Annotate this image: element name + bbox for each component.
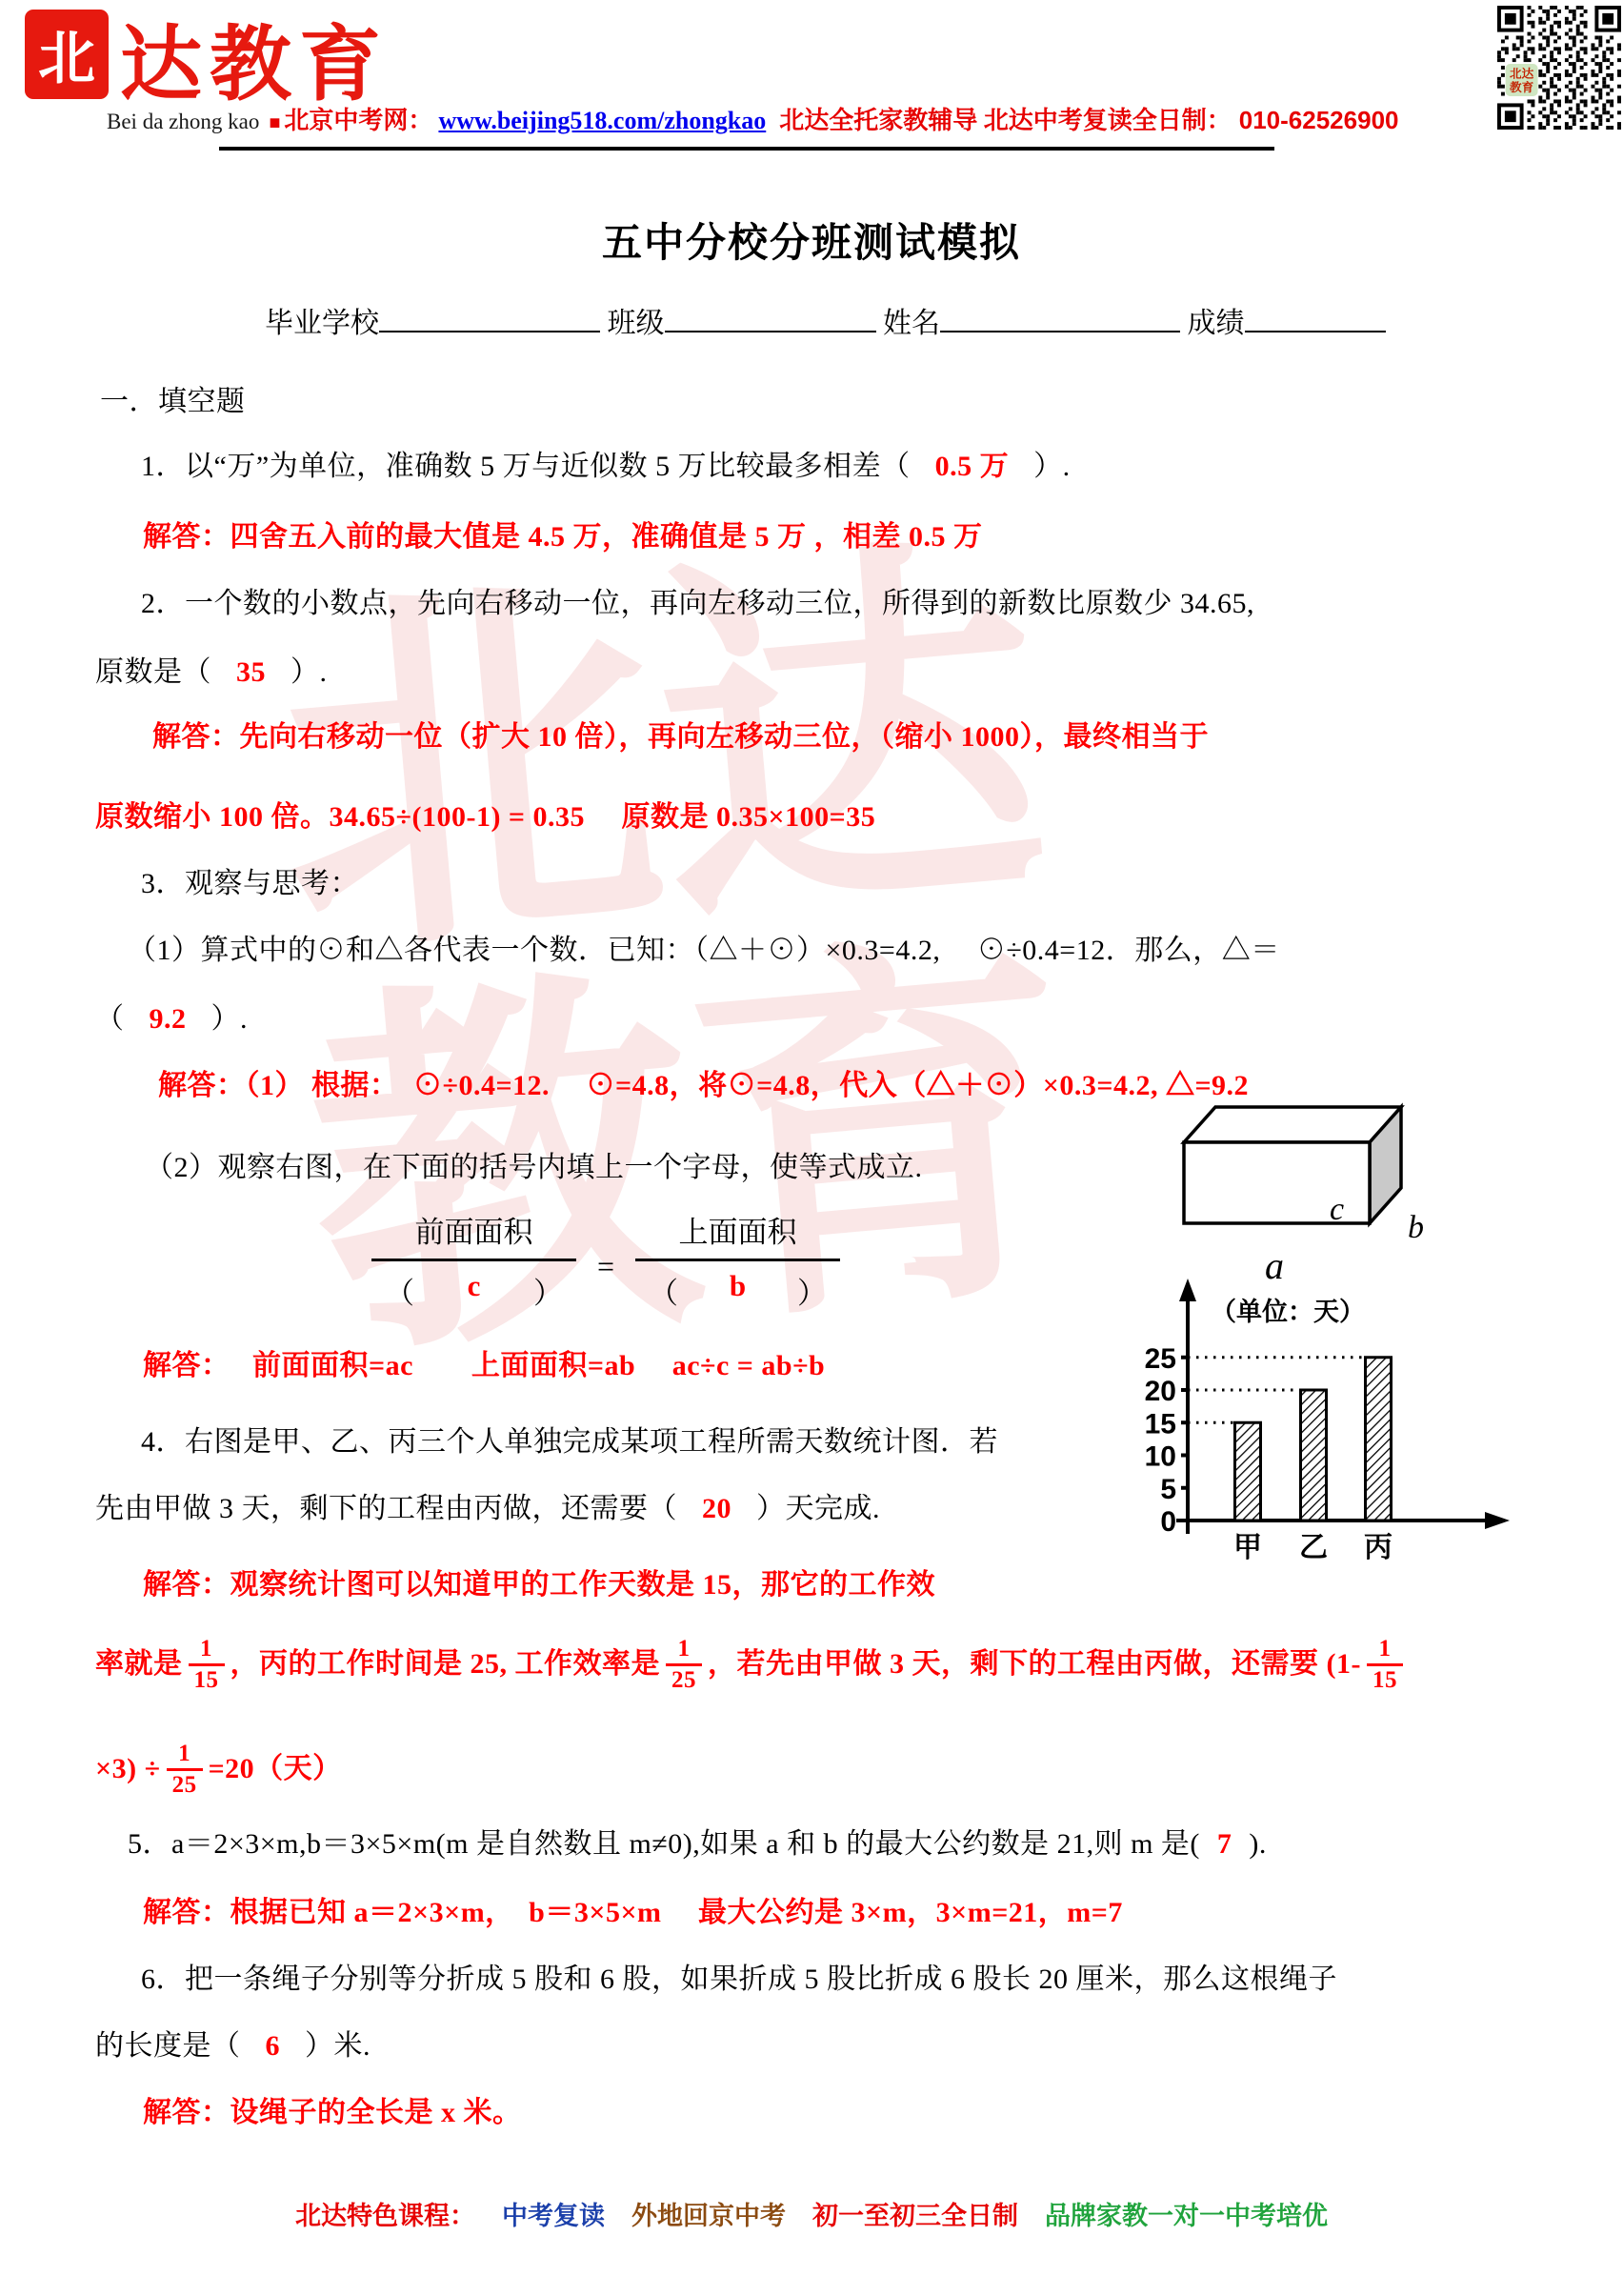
qr-module xyxy=(1557,126,1561,130)
qr-module xyxy=(1497,77,1501,81)
qr-module xyxy=(1573,92,1576,96)
qr-module xyxy=(1550,50,1553,54)
fraction-1-25: 125 xyxy=(666,1635,702,1695)
qr-module xyxy=(1606,66,1610,70)
qr-module xyxy=(1546,70,1550,73)
header-info-line: Bei da zhong kao ■ 北京中考网： www.beijing518… xyxy=(107,101,1398,136)
qr-module xyxy=(1528,21,1532,25)
qr-module xyxy=(1542,73,1546,77)
qr-module xyxy=(1528,118,1532,122)
qr-module xyxy=(1553,126,1557,130)
qr-module xyxy=(1553,111,1557,114)
qr-module xyxy=(1584,25,1588,29)
chart-bar-丙 xyxy=(1366,1358,1392,1521)
qr-module xyxy=(1580,6,1584,10)
qr-module xyxy=(1520,36,1524,40)
qr-module xyxy=(1569,29,1573,32)
qr-module xyxy=(1576,111,1580,114)
services-text: 北达全托家教辅导 北达中考复读全日制： xyxy=(779,101,1232,136)
qr-module xyxy=(1573,17,1576,21)
qr-module xyxy=(1606,99,1610,103)
qr-module xyxy=(1569,47,1573,50)
qr-module xyxy=(1565,111,1569,114)
qr-module xyxy=(1598,70,1602,73)
qr-module xyxy=(1573,10,1576,13)
qr-module xyxy=(1542,62,1546,66)
qr-module xyxy=(1580,58,1584,62)
qr-module xyxy=(1538,96,1542,100)
qr-module xyxy=(1569,21,1573,25)
qr-module xyxy=(1598,114,1602,118)
qr-module xyxy=(1497,81,1501,85)
qr-module xyxy=(1584,89,1588,92)
name-blank xyxy=(940,300,1180,332)
qr-module xyxy=(1602,111,1606,114)
qr-module xyxy=(1602,81,1606,85)
fraction-1-15: 115 xyxy=(189,1635,225,1695)
qr-module xyxy=(1546,39,1550,43)
qr-module xyxy=(1553,13,1557,17)
qr-module xyxy=(1542,10,1546,13)
qr-module xyxy=(1528,99,1532,103)
qr-module xyxy=(1542,21,1546,25)
qr-module xyxy=(1617,96,1621,100)
qr-module xyxy=(1573,122,1576,126)
qr-module xyxy=(1573,118,1576,122)
qr-module xyxy=(1513,47,1516,50)
qr-module xyxy=(1617,47,1621,50)
cuboid-label-b: b xyxy=(1408,1210,1424,1245)
qr-module xyxy=(1565,73,1569,77)
qr-module xyxy=(1606,47,1610,50)
qr-module xyxy=(1573,36,1576,40)
qr-module xyxy=(1501,92,1505,96)
qr-module xyxy=(1516,36,1520,40)
qr-module xyxy=(1528,58,1532,62)
qr-module xyxy=(1557,21,1561,25)
qr-module xyxy=(1569,99,1573,103)
qr-module xyxy=(1584,10,1588,13)
qr-module xyxy=(1542,114,1546,118)
question-5: 5．a＝2×3×m,b＝3×5×m(m 是自然数且 m≠0),如果 a 和 b … xyxy=(128,1825,1267,1863)
qr-module xyxy=(1591,70,1594,73)
qr-module xyxy=(1584,126,1588,130)
qr-module xyxy=(1573,43,1576,47)
qr-module xyxy=(1573,114,1576,118)
work-days-bar-chart: （单位：天） 0510152025甲乙丙 xyxy=(1129,1275,1548,1599)
qr-module xyxy=(1617,73,1621,77)
qr-module xyxy=(1528,13,1532,17)
qr-module xyxy=(1610,126,1613,130)
qr-module xyxy=(1580,73,1584,77)
chart-ytick-25: 25 xyxy=(1145,1343,1176,1375)
qr-module xyxy=(1565,6,1569,10)
qr-module xyxy=(1565,47,1569,50)
qr-module xyxy=(1580,21,1584,25)
qr-module xyxy=(1528,32,1532,36)
qr-module xyxy=(1542,47,1546,50)
qr-module xyxy=(1565,32,1569,36)
qr-module xyxy=(1546,122,1550,126)
qr-module xyxy=(1531,126,1534,130)
cuboid-diagram: c b a xyxy=(1170,1090,1446,1285)
qr-module xyxy=(1557,25,1561,29)
qr-module xyxy=(1528,126,1532,130)
front-area-fraction: 前面面积 （c） xyxy=(371,1208,576,1312)
q3-part1-answer: 9.2 xyxy=(150,1003,187,1035)
qr-module xyxy=(1538,58,1542,62)
qr-module xyxy=(1553,92,1557,96)
qr-module xyxy=(1550,111,1553,114)
question-3-heading: 3．观察与思考： xyxy=(141,865,359,903)
qr-module xyxy=(1576,54,1580,58)
qr-module xyxy=(1584,62,1588,66)
qr-module xyxy=(1538,70,1542,73)
qr-module xyxy=(1497,58,1501,62)
qr-module xyxy=(1550,85,1553,89)
qr-module xyxy=(1546,17,1550,21)
qr-module xyxy=(1553,99,1557,103)
qr-module xyxy=(1576,77,1580,81)
qr-module xyxy=(1557,36,1561,40)
qr-module xyxy=(1617,70,1621,73)
qr-module xyxy=(1594,99,1598,103)
school-blank xyxy=(379,300,600,332)
qr-module xyxy=(1594,126,1598,130)
qr-module xyxy=(1524,58,1528,62)
qr-module xyxy=(1550,32,1553,36)
qr-module xyxy=(1594,107,1598,111)
qr-module xyxy=(1573,70,1576,73)
qr-module xyxy=(1617,99,1621,103)
qr-module xyxy=(1569,62,1573,66)
qr-module xyxy=(1538,21,1542,25)
qr-module xyxy=(1501,39,1505,43)
qr-module xyxy=(1602,85,1606,89)
qr-module xyxy=(1610,73,1613,77)
qr-module xyxy=(1576,32,1580,36)
qr-module xyxy=(1542,54,1546,58)
footer-course-4: 品牌家教一对一中考培优 xyxy=(1045,2202,1328,2230)
qr-module xyxy=(1501,73,1505,77)
qr-module xyxy=(1598,43,1602,47)
qr-module xyxy=(1584,21,1588,25)
page-title: 五中分校分班测试模拟 xyxy=(0,211,1623,269)
qr-module xyxy=(1538,43,1542,47)
qr-module xyxy=(1594,47,1598,50)
qr-module xyxy=(1594,73,1598,77)
qr-module xyxy=(1580,85,1584,89)
qr-module xyxy=(1617,58,1621,62)
qr-module xyxy=(1528,111,1532,114)
qr-module xyxy=(1542,89,1546,92)
qr-module xyxy=(1569,107,1573,111)
question-6-line1: 6．把一条绳子分别等分折成 5 股和 6 股，如果折成 5 股比折成 6 股长 … xyxy=(141,1961,1337,1999)
question-4-line2: 先由甲做 3 天，剩下的工程由丙做，还需要（20）天完成. xyxy=(95,1490,880,1528)
qr-module xyxy=(1565,85,1569,89)
y-axis-arrow-icon xyxy=(1179,1279,1196,1301)
qr-module xyxy=(1550,103,1553,107)
qr-module xyxy=(1557,103,1561,107)
qr-module xyxy=(1553,39,1557,43)
qr-module xyxy=(1528,39,1532,43)
q2-solution-line2: 原数缩小 100 倍。34.65÷(100-1) = 0.35 原数是 0.35… xyxy=(95,798,875,836)
qr-module xyxy=(1569,36,1573,40)
qr-module xyxy=(1606,126,1610,130)
qr-module xyxy=(1606,92,1610,96)
qr-module xyxy=(1531,10,1534,13)
qr-module xyxy=(1528,47,1532,50)
qr-module xyxy=(1576,58,1580,62)
qr-module xyxy=(1546,62,1550,66)
qr-module xyxy=(1565,122,1569,126)
qr-module xyxy=(1505,36,1509,40)
qr-module xyxy=(1497,50,1501,54)
qr-module xyxy=(1553,85,1557,89)
qr-module xyxy=(1550,29,1553,32)
equals-sign: = xyxy=(597,1236,614,1284)
qr-module xyxy=(1531,47,1534,50)
qr-module xyxy=(1610,114,1613,118)
qr-module xyxy=(1598,62,1602,66)
qr-module xyxy=(1542,99,1546,103)
class-label: 班级 xyxy=(608,308,665,339)
qr-module xyxy=(1576,25,1580,29)
footer-label: 北达特色课程： xyxy=(295,2202,475,2230)
q2-solution-line1: 解答：先向右移动一位（扩大 10 倍），再向左移动三位，（缩小 1000），最终… xyxy=(152,718,1209,756)
phone-number: 010-62526900 xyxy=(1239,106,1399,135)
qr-module xyxy=(1538,32,1542,36)
qr-module xyxy=(1557,114,1561,118)
class-blank xyxy=(665,300,876,332)
qr-module xyxy=(1591,96,1594,100)
qr-module xyxy=(1538,99,1542,103)
student-info-form: 毕业学校 班级 姓名 成绩 xyxy=(265,299,1386,341)
qr-module xyxy=(1580,66,1584,70)
brand-romanized: Bei da zhong kao xyxy=(107,110,259,134)
qr-module xyxy=(1538,122,1542,126)
qr-module xyxy=(1524,50,1528,54)
qr-module xyxy=(1610,36,1613,40)
qr-module xyxy=(1610,50,1613,54)
qr-module xyxy=(1557,50,1561,54)
q6-answer: 6 xyxy=(266,2030,281,2062)
qr-module xyxy=(1610,103,1613,107)
qr-module xyxy=(1520,39,1524,43)
footer-course-2: 外地回京中考 xyxy=(631,2202,786,2230)
chart-bar-乙 xyxy=(1301,1390,1327,1521)
question-6-line2: 的长度是（6）米. xyxy=(95,2027,371,2065)
name-label: 姓名 xyxy=(883,308,940,339)
qr-module xyxy=(1550,25,1553,29)
qr-module xyxy=(1594,62,1598,66)
qr-module xyxy=(1591,58,1594,62)
qr-module xyxy=(1580,47,1584,50)
qr-module xyxy=(1610,89,1613,92)
qr-module xyxy=(1550,54,1553,58)
qr-module xyxy=(1553,6,1557,10)
qr-module xyxy=(1573,39,1576,43)
qr-module xyxy=(1602,103,1606,107)
q4-solution-line3: ×3) ÷ 125 =20（天） xyxy=(95,1717,342,1822)
qr-module xyxy=(1531,103,1534,107)
qr-module xyxy=(1602,107,1606,111)
qr-module xyxy=(1542,29,1546,32)
qr-module xyxy=(1538,73,1542,77)
qr-caption: 北达教育 xyxy=(1509,67,1534,94)
qr-module xyxy=(1553,58,1557,62)
qr-module xyxy=(1602,77,1606,81)
section1-heading: 一．填空题 xyxy=(100,383,246,421)
qr-module xyxy=(1516,47,1520,50)
qr-module xyxy=(1557,62,1561,66)
qr-module xyxy=(1569,89,1573,92)
qr-module xyxy=(1606,118,1610,122)
qr-module xyxy=(1557,73,1561,77)
qr-module xyxy=(1584,99,1588,103)
qr-module xyxy=(1501,47,1505,50)
qr-module xyxy=(1569,114,1573,118)
qr-module xyxy=(1531,36,1534,40)
qr-module xyxy=(1606,58,1610,62)
q3-eq-answer-b: b xyxy=(730,1269,746,1312)
qr-code: 北达教育 xyxy=(1497,6,1621,130)
qr-module xyxy=(1553,47,1557,50)
fraction-1-25: 125 xyxy=(167,1740,203,1800)
question-2-line1: 2．一个数的小数点，先向右移动一位，再向左移动三位，所得到的新数比原数少 34.… xyxy=(141,585,1254,623)
brand-logo-text: 达教育 xyxy=(120,0,389,116)
qr-module xyxy=(1553,73,1557,77)
qr-module xyxy=(1546,92,1550,96)
qr-module xyxy=(1602,54,1606,58)
qr-module xyxy=(1602,58,1606,62)
q3-part2-solution: 解答： 前面面积=ac 上面面积=ab ac÷c = ab÷b xyxy=(143,1347,825,1385)
qr-module xyxy=(1546,10,1550,13)
qr-module xyxy=(1569,81,1573,85)
qr-module xyxy=(1553,66,1557,70)
qr-module xyxy=(1569,54,1573,58)
question-4-line1: 4．右图是甲、乙、丙三个人单独完成某项工程所需天数统计图．若 xyxy=(141,1423,998,1461)
qr-module xyxy=(1565,21,1569,25)
qr-module xyxy=(1565,17,1569,21)
qr-module xyxy=(1573,62,1576,66)
qr-module xyxy=(1546,66,1550,70)
qr-module xyxy=(1542,126,1546,130)
qr-module xyxy=(1606,111,1610,114)
q1-answer: 0.5 万 xyxy=(935,451,1010,482)
qr-module xyxy=(1584,36,1588,40)
question-1: 1．以“万”为单位，准确数 5 万与近似数 5 万比较最多相差（0.5 万）. xyxy=(141,448,1071,486)
qr-module xyxy=(1606,85,1610,89)
qr-module xyxy=(1591,122,1594,126)
qr-module xyxy=(1591,126,1594,130)
qr-module xyxy=(1557,99,1561,103)
qr-module xyxy=(1546,118,1550,122)
footer-course-3: 初一至初三全日制 xyxy=(812,2202,1018,2230)
chart-ytick-10: 10 xyxy=(1145,1441,1176,1473)
qr-module xyxy=(1617,43,1621,47)
qr-module xyxy=(1557,77,1561,81)
qr-module xyxy=(1542,36,1546,40)
qr-module xyxy=(1531,21,1534,25)
fraction-1-15: 115 xyxy=(1367,1635,1403,1695)
qr-module xyxy=(1598,89,1602,92)
question-2-line2: 原数是（35）. xyxy=(95,654,328,692)
chart-ytick-15: 15 xyxy=(1145,1408,1176,1440)
qr-module xyxy=(1538,17,1542,21)
qr-module xyxy=(1617,111,1621,114)
qr-module xyxy=(1569,10,1573,13)
qr-module xyxy=(1524,54,1528,58)
qr-module xyxy=(1576,107,1580,111)
qr-module xyxy=(1610,62,1613,66)
qr-module xyxy=(1557,47,1561,50)
qr-module xyxy=(1606,73,1610,77)
qr-module xyxy=(1505,13,1516,25)
qr-module xyxy=(1569,126,1573,130)
qr-module xyxy=(1550,58,1553,62)
qr-module xyxy=(1501,58,1505,62)
qr-module xyxy=(1531,114,1534,118)
qr-module xyxy=(1538,111,1542,114)
qr-module xyxy=(1576,81,1580,85)
qr-module xyxy=(1546,36,1550,40)
qr-module xyxy=(1553,118,1557,122)
qr-module xyxy=(1602,50,1606,54)
qr-module xyxy=(1576,103,1580,107)
chart-unit-label: （单位：天） xyxy=(1211,1298,1365,1326)
qr-module xyxy=(1598,92,1602,96)
qr-module xyxy=(1602,13,1613,25)
qr-module xyxy=(1553,32,1557,36)
qr-module xyxy=(1505,47,1509,50)
qr-module xyxy=(1580,39,1584,43)
qr-module xyxy=(1594,89,1598,92)
qr-module xyxy=(1580,126,1584,130)
qr-module xyxy=(1580,99,1584,103)
x-axis-arrow-icon xyxy=(1485,1512,1510,1529)
qr-module xyxy=(1617,126,1621,130)
question-3-part1: （1）算式中的⊙和△各代表一个数．已知：（△＋⊙）×0.3=4.2, ⊙÷0.4… xyxy=(128,932,1280,970)
site-label: 北京中考网： xyxy=(284,101,432,136)
qr-module xyxy=(1584,47,1588,50)
qr-module xyxy=(1538,6,1542,10)
qr-module xyxy=(1576,85,1580,89)
qr-module xyxy=(1546,114,1550,118)
cuboid-label-c: c xyxy=(1330,1192,1344,1227)
qr-module xyxy=(1573,96,1576,100)
chart-category-甲: 甲 xyxy=(1233,1532,1262,1563)
qr-module xyxy=(1520,43,1524,47)
cuboid-top-face xyxy=(1184,1107,1401,1142)
q1-solution: 解答：四舍五入前的最大值是 4.5 万，准确值是 5 万 ，相差 0.5 万 xyxy=(143,518,983,556)
document-page: 北达教育 北 达教育 Bei da zhong kao ■ 北京中考网： www… xyxy=(0,0,1623,2296)
qr-module xyxy=(1531,50,1534,54)
site-url-link[interactable]: www.beijing518.com/zhongkao xyxy=(438,107,766,135)
qr-module xyxy=(1501,66,1505,70)
qr-module xyxy=(1553,21,1557,25)
qr-module xyxy=(1565,43,1569,47)
qr-module xyxy=(1584,103,1588,107)
q4-solution-line1: 解答：观察统计图可以知道甲的工作天数是 15，那它的工作效 xyxy=(143,1566,935,1604)
qr-module xyxy=(1580,32,1584,36)
qr-module xyxy=(1513,43,1516,47)
qr-module xyxy=(1594,36,1598,40)
q2-answer: 35 xyxy=(236,656,266,688)
brand-seal-char: 北 xyxy=(38,13,95,95)
qr-module xyxy=(1542,107,1546,111)
q5-answer: 7 xyxy=(1217,1828,1232,1860)
